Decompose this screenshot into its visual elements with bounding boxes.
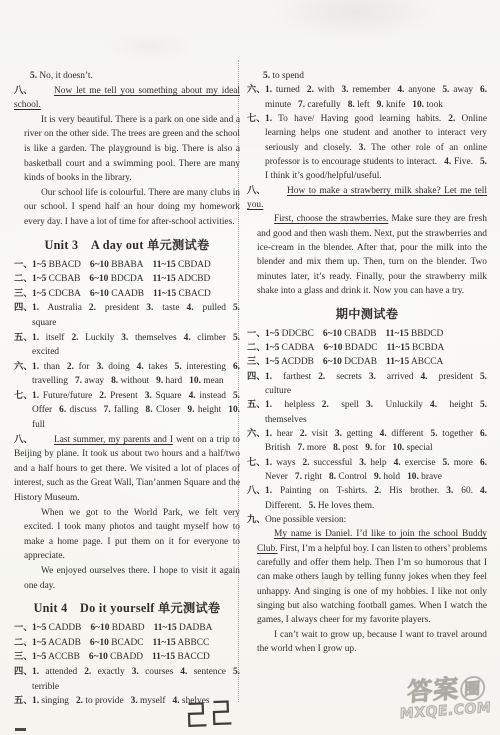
answer-item: 1. turned [265, 85, 300, 95]
item-word: away [449, 85, 473, 95]
item-number: 5. [480, 400, 487, 410]
answer-item: 9. hard [156, 376, 182, 386]
answer-range: 6~10 [90, 623, 109, 633]
answer-item: 1. Future/future [32, 391, 92, 401]
answer-item: 4. different [380, 429, 424, 439]
answer-item: 8. Closer [146, 405, 181, 415]
item-word: climber [191, 333, 226, 343]
item-word: to provide [83, 696, 124, 706]
answer-item: 5. together [431, 429, 473, 439]
item-word: president [96, 303, 139, 313]
item-number: 10. [412, 100, 424, 110]
essay-paragraph: It is very beautiful. There is a park on… [24, 113, 240, 186]
answer-item: 3. Unluckily [366, 400, 423, 410]
item-number: 1. [32, 303, 39, 313]
item-number: 5. [30, 71, 37, 81]
section-number: 五、 [14, 331, 33, 346]
answer-item: 1. singing [32, 696, 69, 706]
answer-group: 6~10 BDADC [323, 343, 377, 353]
text-run: Our school life is colourful. There are … [24, 188, 240, 227]
answer-item: 9. height [187, 405, 221, 415]
item-word: Closer [153, 405, 181, 415]
section-number: 五、 [14, 694, 33, 709]
answer-item: 2. president [89, 303, 139, 313]
answer-item: 1. ways [265, 458, 295, 468]
item-number: 5. [233, 391, 240, 401]
watermark-brand: 答案圈 [396, 672, 497, 706]
item-word: Square [152, 391, 182, 401]
answer-item: 10. special [393, 443, 433, 453]
item-word: I think it’s good/helpful/useful. [265, 171, 382, 181]
essay-block: 八、How to make a strawberry milk shake? L… [247, 184, 487, 299]
answer-letters: CDCBA [46, 289, 81, 299]
item-word: To have/ Having good learning habits. [272, 114, 441, 124]
item-number: 1. [32, 333, 39, 343]
item-word: exercise [401, 458, 436, 468]
item-number: 4. [184, 333, 191, 343]
answer-words-row: 七、1. To have/ Having good learning habit… [247, 112, 487, 184]
section-number: 三、 [14, 287, 33, 302]
answer-range: 6~10 [323, 329, 342, 339]
answer-group: 11~15 CBACD [153, 289, 211, 299]
answer-item: 3. myself [131, 696, 166, 706]
essay-block: 九、One possible version:My name is Daniel… [247, 513, 487, 656]
essay-paragraph: How to make a strawberry milk shake? Let… [247, 184, 487, 213]
item-word: left [355, 100, 370, 110]
item-word: arrived [376, 372, 414, 382]
item-word: Luckily [78, 333, 114, 343]
item-word: with [314, 85, 335, 95]
answer-letters: CADDB [46, 623, 81, 633]
answer-range: 1~5 [265, 329, 279, 339]
item-number: 2. [322, 400, 329, 410]
answer-group: 11~15 ADCBD [153, 274, 211, 284]
underlined-text: Now let me tell you something about my i… [14, 86, 240, 111]
item-number: 3. [369, 372, 376, 382]
item-word: His brother. [381, 486, 439, 496]
item-number: 10. [228, 405, 240, 415]
item-word: more [450, 458, 473, 468]
text-run: I can’t wait to grow up, because I want … [257, 630, 487, 654]
item-word: height [437, 400, 473, 410]
item-word: He loves them. [316, 501, 375, 511]
item-number: 4. [380, 429, 387, 439]
item-word: hear [272, 429, 293, 439]
answer-group: 6~10 CAADB [90, 289, 144, 299]
answer-group: 6~10 BBABA [90, 260, 144, 270]
item-word: than [39, 362, 60, 372]
item-number: 5. [480, 157, 487, 167]
answer-group: 6~10 BCADC [90, 638, 144, 648]
answer-letters-row: 二、1~5 CADBA6~10 BDADC11~15 BCBDA [247, 341, 487, 355]
answer-item: 4. instead [189, 391, 226, 401]
item-number: 4. [137, 362, 144, 372]
section-number: 二、 [14, 272, 33, 287]
answer-letters-row: 一、1~5 DDCBC6~10 CBADB11~15 BBDCD [247, 327, 487, 341]
answer-item: 8. post [333, 443, 358, 453]
section-number: 三、 [247, 355, 266, 369]
essay-paragraph: I can’t wait to grow up, because I want … [257, 628, 487, 657]
answer-item: 1. than [32, 362, 60, 372]
answer-range: 1~5 [32, 260, 46, 270]
item-word: itself [39, 333, 64, 343]
item-number: 4. [189, 391, 196, 401]
answer-letters: CBDAD [176, 260, 211, 270]
answer-item: 4. takes [137, 362, 168, 372]
answer-letters: CBACD [176, 289, 211, 299]
answer-item: 8. without [111, 376, 149, 386]
answer-item: 3. getting [335, 429, 373, 439]
section-number: 五、 [247, 398, 266, 412]
answer-item: 3. remember [341, 85, 390, 95]
item-word: interesting [182, 362, 226, 372]
text-run: One possible version: [265, 515, 346, 525]
answer-item: 2. exactly [84, 667, 125, 677]
answer-group: 11~15 CBDAD [153, 260, 211, 270]
item-word: instead [196, 391, 226, 401]
answer-item: 9. hold [374, 472, 400, 482]
answer-words-row: 六、1. hear2. visit3. getting4. different5… [247, 427, 487, 456]
item-number: 1. [265, 114, 272, 124]
answer-item: 3. taste [146, 303, 179, 313]
answer-range: 1~5 [32, 652, 46, 662]
answer-letters: ADCBD [176, 274, 211, 284]
item-number: 4. [173, 696, 180, 706]
answer-item: 8. Control [329, 472, 367, 482]
section-number: 七、 [247, 112, 266, 126]
answer-group: 6~10 BDABD [90, 623, 144, 633]
section-heading: Unit 4 Do it yourself 单元测试卷 [14, 600, 240, 616]
answer-range: 11~15 [153, 289, 176, 299]
essay-paragraph: We enjoyed ourselves there. I hope to vi… [24, 564, 240, 593]
answer-item: 3. help [359, 458, 386, 468]
answer-letters: CADBA [279, 343, 314, 353]
handwritten-digits-icon: 22 [185, 697, 242, 731]
answer-letters: DCDAB [342, 357, 377, 367]
answer-item: 2. Present [99, 391, 137, 401]
item-word: square [32, 318, 56, 328]
item-word: together [438, 429, 473, 439]
item-word: British [265, 443, 291, 453]
item-word: took [424, 100, 443, 110]
answer-range: 6~10 [89, 652, 108, 662]
item-word: 60. [453, 486, 473, 496]
answer-letters: CCBAB [46, 274, 80, 284]
item-word: falling [111, 405, 139, 415]
answer-group: 1~5 CADDB [32, 623, 81, 633]
essay-paragraph: Last summer, my parents and I went on a … [14, 433, 240, 506]
answer-item: 2. with [307, 85, 335, 95]
item-word: more [305, 443, 327, 453]
item-number: 1. [265, 458, 272, 468]
answer-item: 1. Australia [32, 303, 82, 313]
item-word: height [194, 405, 221, 415]
section-number: 三、 [14, 650, 33, 665]
answer-letters: ABBCC [176, 638, 210, 648]
item-number: 2. [300, 429, 307, 439]
text-run: Make sure they are fresh and good and th… [257, 214, 487, 296]
item-word: hard [163, 376, 182, 386]
answer-item: 1. itself [32, 333, 64, 343]
item-word: turned [272, 85, 300, 95]
item-number: 1. [32, 667, 39, 677]
item-number: 6. [233, 362, 240, 372]
item-word: different [387, 429, 424, 439]
section-number: 二、 [14, 636, 33, 651]
answer-range: 6~10 [90, 638, 109, 648]
section-number: 一、 [14, 621, 33, 636]
section-number: 一、 [14, 258, 33, 273]
item-word: farthest [272, 372, 311, 382]
item-word: hold [381, 472, 400, 482]
answer-item: 9. for [365, 443, 385, 453]
answer-words-row: 七、1. Future/future2. Present3. Square4. … [14, 389, 240, 433]
item-number: 9. [377, 100, 384, 110]
item-number: 2. [302, 458, 309, 468]
answer-group: 11~15 BACCD [152, 652, 210, 662]
answer-group: 1~5 ACDDB [265, 357, 314, 367]
answer-item: 7. away [75, 376, 104, 386]
answer-letters: CBADD [108, 652, 143, 662]
answer-letters: DDCBC [279, 329, 314, 339]
answer-group: 11~15 BCBDA [387, 343, 445, 353]
answer-item: 4. height [430, 400, 473, 410]
item-number: 6. [480, 458, 487, 468]
answer-item: 6. discuss [59, 405, 97, 415]
continuation-item: 5. to spend [247, 69, 487, 83]
answer-letters-row: 三、1~5 ACDDB6~10 DCDAB11~15 ABCCA [247, 355, 487, 369]
item-number: 3. [145, 391, 152, 401]
answer-item: 2. successful [302, 458, 352, 468]
answer-range: 6~10 [90, 289, 109, 299]
item-number: 7. [104, 405, 111, 415]
item-word: ways [272, 458, 295, 468]
item-word: excited [32, 347, 59, 357]
answer-group: 1~5 CCBAB [32, 274, 80, 284]
answer-item: 7. right [295, 472, 322, 482]
essay-paragraph: My name is Daniel. I’d like to join the … [257, 527, 487, 627]
item-word: courses [139, 667, 174, 677]
answer-group: 11~15 ABBCC [153, 638, 210, 648]
answer-range: 1~5 [265, 343, 279, 353]
answer-group: 6~10 DCDAB [323, 357, 377, 367]
answer-item: 2. visit [300, 429, 328, 439]
item-word: carefully [305, 100, 341, 110]
answer-item: 1. attended [32, 667, 77, 677]
answer-letters-row: 一、1~5 BBACD6~10 BBABA11~15 CBDAD [14, 258, 240, 273]
item-word: full [32, 420, 45, 430]
answer-range: 6~10 [89, 274, 108, 284]
answer-item: 4. president [420, 372, 472, 382]
item-word: attended [39, 667, 77, 677]
section-heading: 期中测试卷 [247, 306, 487, 322]
answer-item: 10. mean [189, 376, 223, 386]
item-number: 3. [132, 667, 139, 677]
text-run: When we got to the World Park, we felt v… [24, 508, 240, 562]
item-number: 5. [175, 362, 182, 372]
answer-group: 1~5 DDCBC [265, 329, 314, 339]
item-word: remember [348, 85, 390, 95]
scanned-answer-page: 5. No, it doesn’t.八、Now let me tell you … [0, 0, 500, 735]
section-number: 八、 [14, 433, 33, 448]
answer-letters: ACCBB [46, 652, 80, 662]
item-number: 4. [480, 486, 487, 496]
answer-group: 1~5 ACCBB [32, 652, 80, 662]
item-text: No, it doesn’t. [37, 71, 93, 81]
underlined-text: First, choose the strawberries. [274, 214, 388, 224]
item-number: 3. [131, 696, 138, 706]
item-word: myself [138, 696, 166, 706]
section-number: 四、 [14, 665, 33, 680]
continuation-item: 5. No, it doesn’t. [14, 69, 240, 84]
answer-item: 4. anyone [397, 85, 435, 95]
section-number: 七、 [14, 389, 33, 404]
item-word: Unluckily [373, 400, 423, 410]
answer-range: 1~5 [32, 289, 46, 299]
section-number: 八、 [247, 484, 266, 498]
item-text: to spend [270, 71, 304, 81]
essay-paragraph: Our school life is colourful. There are … [24, 186, 240, 230]
answer-item: 4. climber [184, 333, 226, 343]
answer-item: 2. secrets [318, 372, 362, 382]
item-word: culture [265, 386, 291, 396]
item-number: 5. [443, 458, 450, 468]
answer-range: 11~15 [153, 638, 176, 648]
answer-range: 6~10 [323, 357, 342, 367]
item-number: 8. [329, 472, 336, 482]
item-number: 1. [32, 696, 39, 706]
left-column: 5. No, it doesn’t.八、Now let me tell you … [14, 69, 240, 709]
item-number: 6. [480, 429, 487, 439]
answer-letters: ACDDB [279, 357, 314, 367]
underlined-text: Last summer, my parents and I [54, 435, 173, 445]
item-word: visit [307, 429, 328, 439]
item-number: 1. [265, 429, 272, 439]
item-word: singing [39, 696, 69, 706]
answer-group: 6~10 CBADB [323, 329, 377, 339]
answer-item: 2. spell [322, 400, 359, 410]
item-word: helpless [272, 400, 315, 410]
answer-range: 11~15 [153, 260, 176, 270]
answer-letters: BBDCD [409, 329, 444, 339]
answer-range: 11~15 [386, 357, 409, 367]
section-number: 一、 [247, 327, 266, 341]
section-number: 六、 [247, 83, 266, 97]
item-word: Offer [32, 405, 52, 415]
item-word: president [428, 372, 473, 382]
answer-range: 11~15 [154, 623, 177, 633]
item-number: 8. [348, 100, 355, 110]
section-number: 八、 [14, 84, 33, 99]
answer-range: 11~15 [386, 329, 409, 339]
answer-letters-row: 一、1~5 CADDB6~10 BDABD11~15 DADBA [14, 621, 240, 636]
answer-item: 4. Five. [444, 157, 473, 167]
item-word: takes [144, 362, 168, 372]
answer-item: 3. Square [145, 391, 182, 401]
answer-letters-row: 三、1~5 ACCBB6~10 CBADD11~15 BACCD [14, 650, 240, 665]
answer-item: 2. His brother. [374, 486, 439, 496]
item-number: 1. [32, 391, 39, 401]
section-number: 九、 [247, 513, 266, 527]
answer-item: 1. hear [265, 429, 293, 439]
item-word: Different. [265, 501, 302, 511]
section-heading: Unit 3 A day out 单元测试卷 [14, 237, 240, 253]
answer-letters: BDABD [109, 623, 144, 633]
underlined-text: How to make a strawberry milk shake? Let… [247, 186, 487, 210]
item-word: for [372, 443, 385, 453]
essay-paragraph: Now let me tell you something about my i… [14, 84, 240, 113]
item-number: 4. [187, 303, 194, 313]
answer-group: 1~5 BBACD [32, 260, 81, 270]
answer-range: 6~10 [90, 260, 109, 270]
item-word: away [82, 376, 104, 386]
item-number: 9. [374, 472, 381, 482]
item-number: 5. [480, 372, 487, 382]
answer-range: 1~5 [32, 274, 46, 284]
item-word: Five. [451, 157, 473, 167]
answer-letters: ACADB [46, 638, 81, 648]
item-word: travelling [32, 376, 68, 386]
item-number: 1. [32, 362, 39, 372]
answer-letters-row: 二、1~5 CCBAB6~10 BDCDA11~15 ADCBD [14, 272, 240, 287]
answer-letters: BBACD [46, 260, 81, 270]
item-number: 10. [393, 443, 405, 453]
item-word: Never [265, 472, 288, 482]
item-word: Control [336, 472, 367, 482]
item-number: 3. [97, 362, 104, 372]
item-number: 8. [146, 405, 153, 415]
text-run: We enjoyed ourselves there. I hope to vi… [24, 566, 240, 591]
item-number: 4. [394, 458, 401, 468]
section-number: 七、 [247, 456, 266, 470]
item-number: 3. [359, 143, 366, 153]
item-number: 7. [298, 443, 305, 453]
item-number: 1. [265, 486, 272, 496]
item-word: getting [342, 429, 373, 439]
answer-item: 1. helpless [265, 400, 315, 410]
answer-words-row: 五、1. itself2. Luckily3. themselves4. cli… [14, 331, 240, 360]
answer-letters: CBADB [342, 329, 377, 339]
item-number: 2. [89, 303, 96, 313]
item-word: secrets [325, 372, 362, 382]
answer-item: 1. To have/ Having good learning habits. [265, 114, 441, 124]
answer-item: 3. courses [132, 667, 174, 677]
answer-words-row: 六、1. than2. for3. doing4. takes5. intere… [14, 360, 240, 389]
answer-item: 4. exercise [394, 458, 436, 468]
item-number: 5. [263, 71, 270, 81]
answer-item: 2. for [67, 362, 90, 372]
answer-item: 2. to provide [76, 696, 124, 706]
item-number: 10. [407, 472, 419, 482]
item-word: Australia [39, 303, 82, 313]
text-run: It is very beautiful. There is a park on… [24, 115, 240, 183]
answer-letters: BBABA [109, 260, 144, 270]
answer-letters: BDADC [342, 343, 377, 353]
answer-group: 11~15 BBDCD [386, 329, 444, 339]
item-word: Present [106, 391, 137, 401]
watermark: 答案圈 MXQE.COM [395, 672, 496, 722]
answer-letters: BDCDA [108, 274, 143, 284]
answer-words-row: 八、1. Painting on T-shirts.2. His brother… [247, 484, 487, 513]
section-number: 六、 [247, 427, 266, 441]
item-word: brave [419, 472, 442, 482]
item-word: special [404, 443, 432, 453]
answer-letters-row: 三、1~5 CDCBA6~10 CAADB11~15 CBACD [14, 287, 240, 302]
section-number: 二、 [247, 341, 266, 355]
answer-item: 3. 60. [446, 486, 473, 496]
answer-item: 10. brave [407, 472, 442, 482]
item-number: 7. [75, 376, 82, 386]
